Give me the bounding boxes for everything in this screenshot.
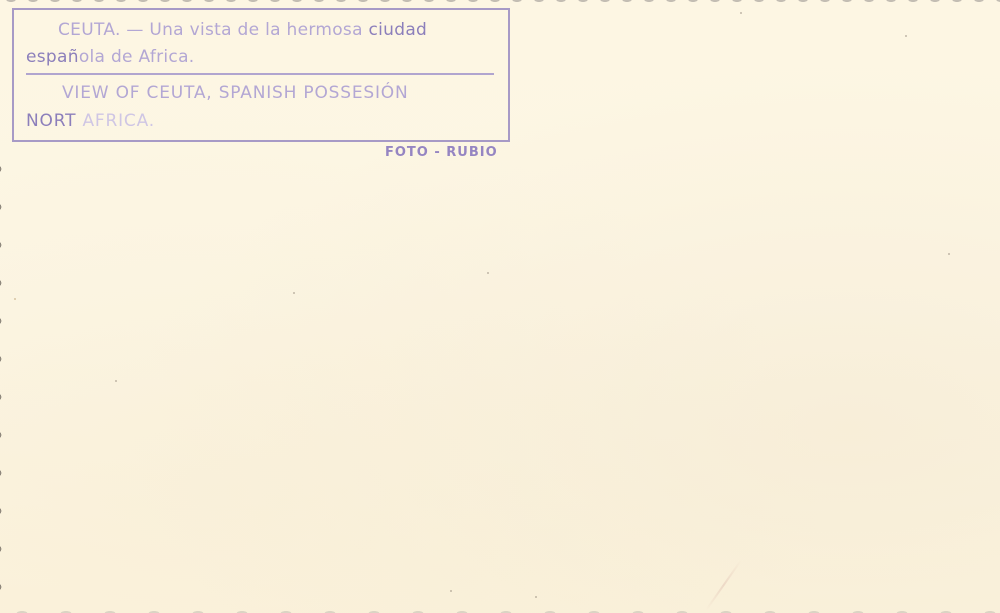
spanish-caption-rest: ola de Africa. xyxy=(79,47,195,67)
spanish-caption-emphasis-2: españ xyxy=(26,47,79,67)
paper-speck xyxy=(535,596,537,598)
stamp-divider xyxy=(26,73,494,75)
postcard-back: CEUTA. — Una vista de la hermosa ciudad … xyxy=(0,0,1000,613)
english-caption-line-1: VIEW OF CEUTA, SPANISH POSSESIÓN xyxy=(62,83,408,103)
english-caption-emphasis: NORT xyxy=(26,111,76,131)
spanish-caption-line-1: CEUTA. — Una vista de la hermosa ciudad xyxy=(58,20,427,40)
paper-speck xyxy=(293,292,295,294)
paper-speck xyxy=(740,12,742,14)
english-caption-rest: AFRICA. xyxy=(76,111,155,131)
spanish-caption-emphasis: ciudad xyxy=(369,20,428,40)
spanish-caption-text: CEUTA. — Una vista de la hermosa xyxy=(58,20,369,40)
paper-crease xyxy=(706,560,742,610)
paper-speck xyxy=(948,253,950,255)
left-edge-marks xyxy=(0,150,3,610)
caption-stamp: CEUTA. — Una vista de la hermosa ciudad … xyxy=(12,8,510,142)
paper-speck xyxy=(450,590,452,592)
paper-speck xyxy=(115,380,117,382)
paper-speck xyxy=(905,35,907,37)
paper-speck xyxy=(487,272,489,274)
top-edge-marks xyxy=(0,0,1000,5)
photo-credit: FOTO - RUBIO xyxy=(385,145,498,160)
english-caption-line-2: NORT AFRICA. xyxy=(26,111,155,131)
bottom-edge-marks xyxy=(0,608,1000,613)
paper-speck xyxy=(14,298,16,300)
spanish-caption-line-2: española de Africa. xyxy=(26,47,195,67)
